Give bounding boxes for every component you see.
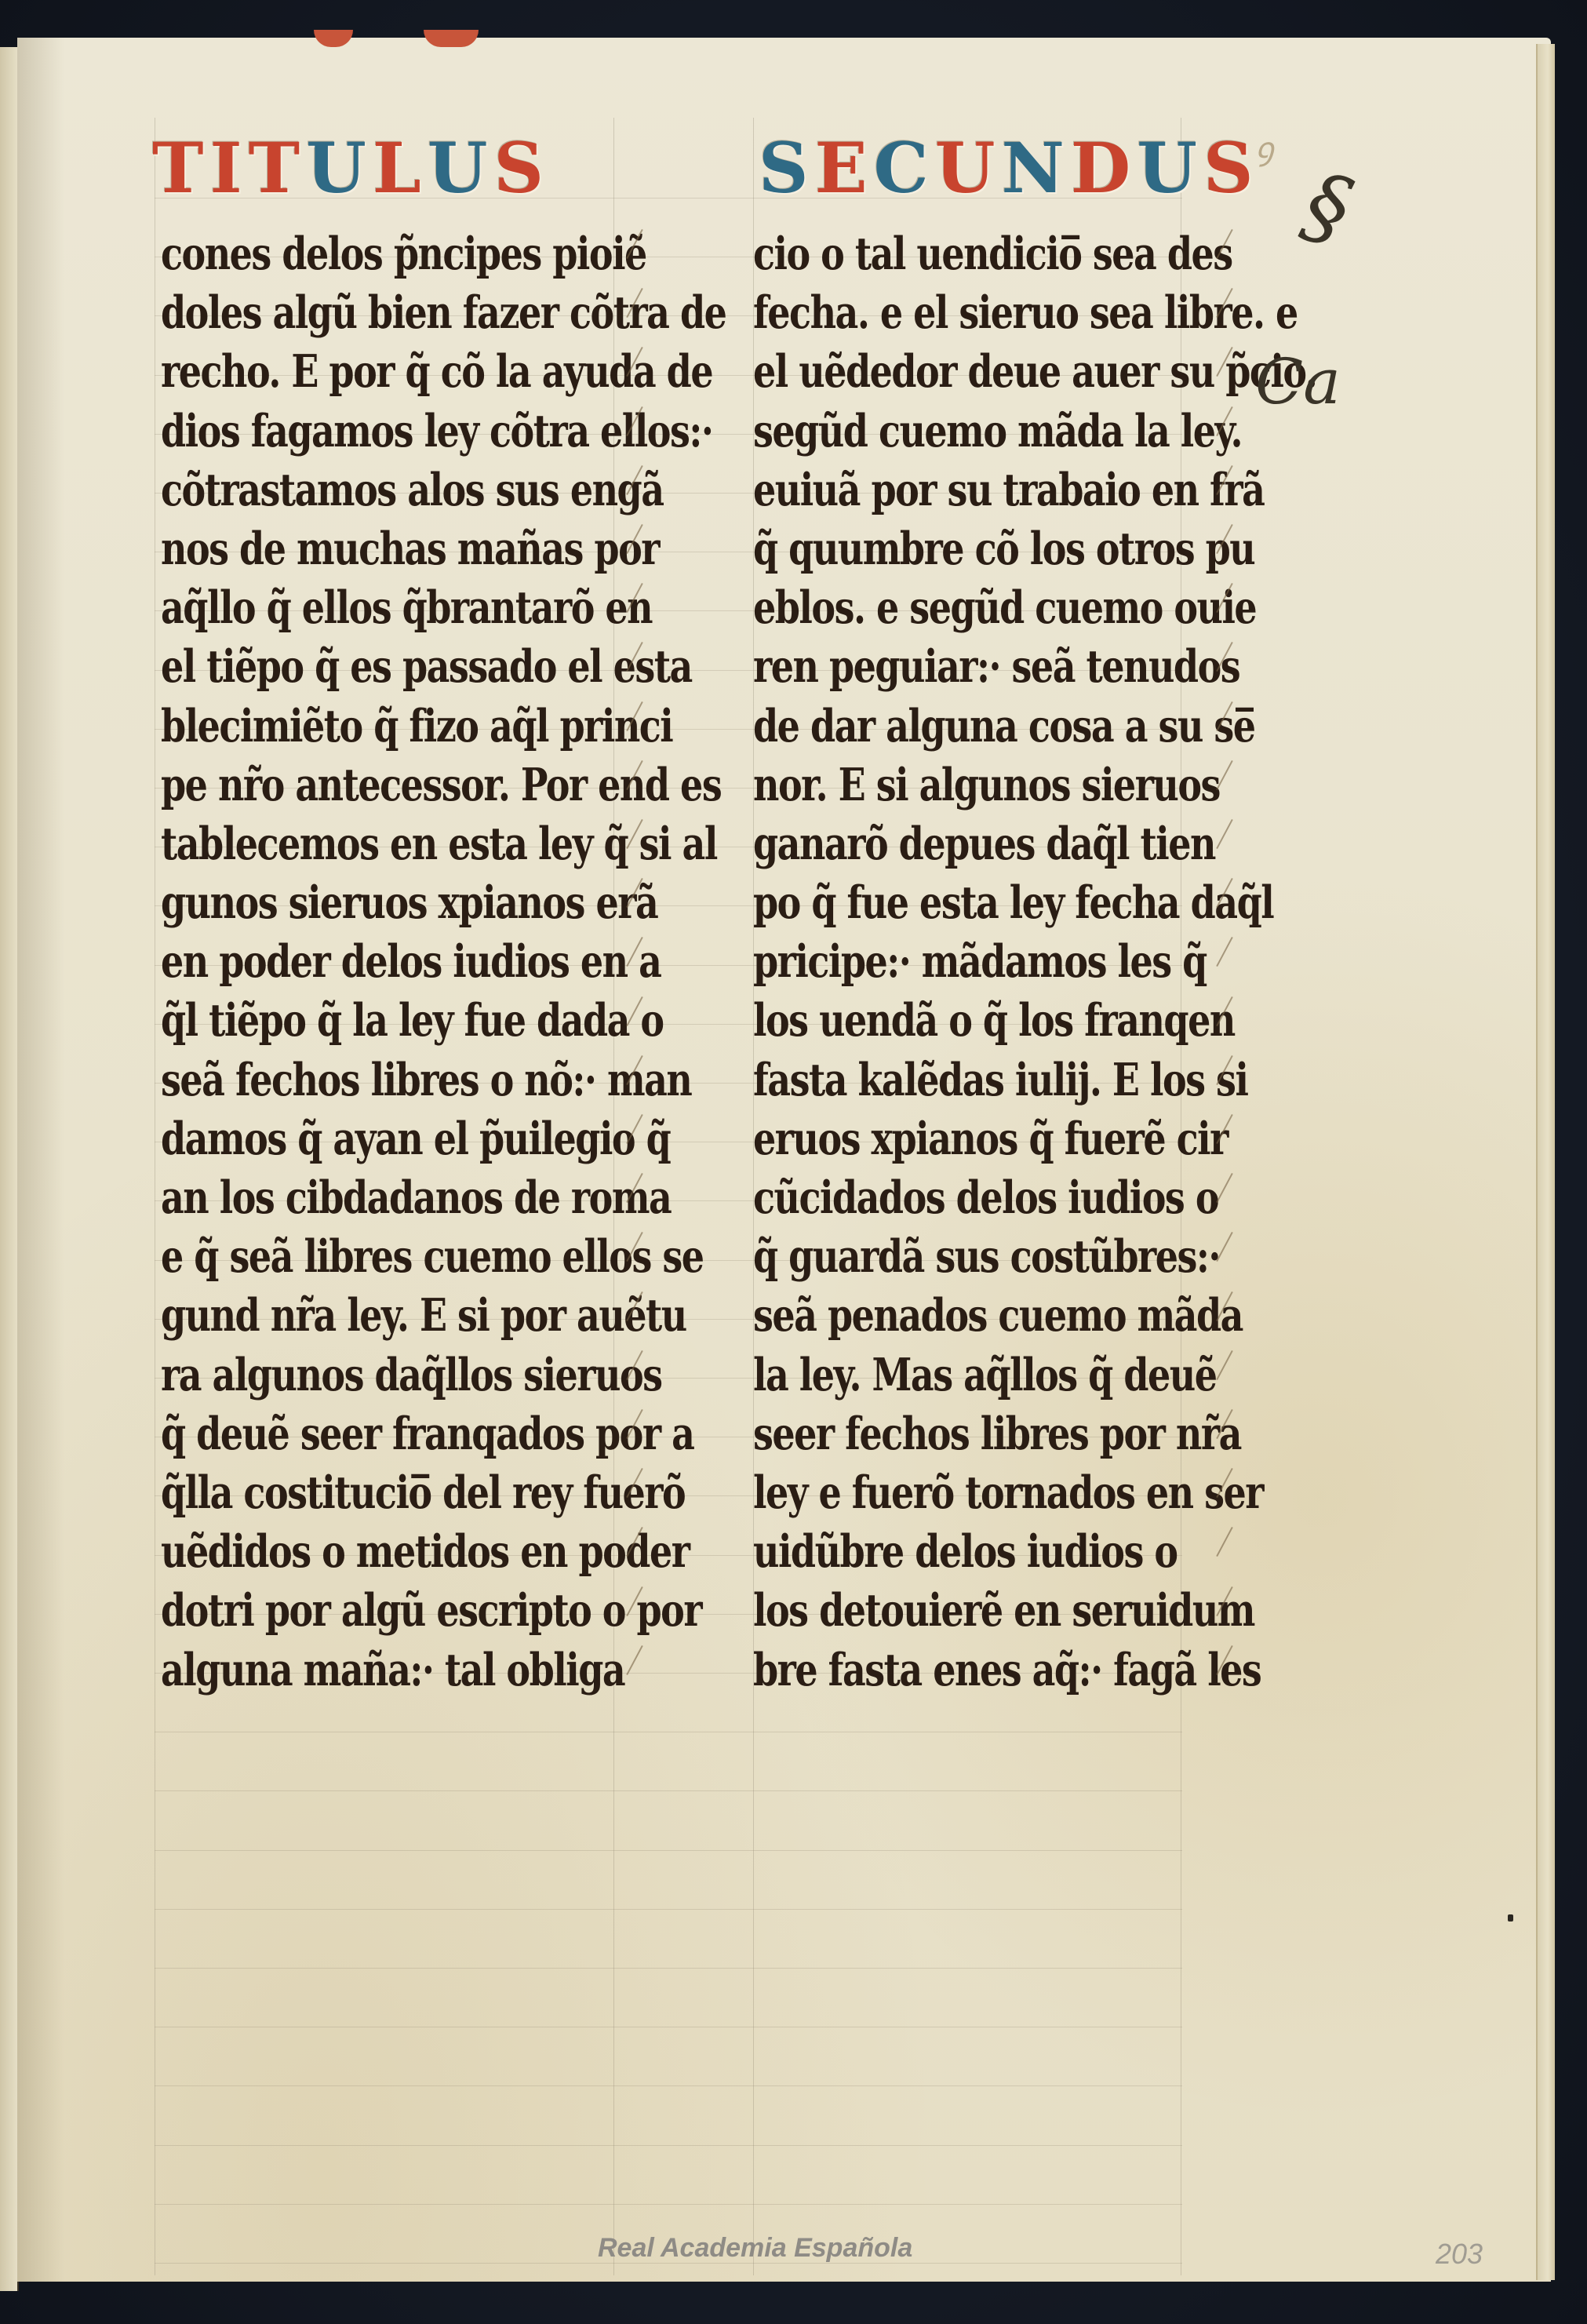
folio-number: 203 (1436, 2238, 1483, 2271)
rubric-letter: C (872, 127, 934, 209)
text-column-right: cio o tal uendicio̅ sea desfecha. e el s… (753, 224, 1239, 1699)
text-line: alguna maña:· tal obliga (161, 1633, 647, 1707)
ruling-line (155, 2027, 1182, 2027)
previous-page-edge (0, 47, 19, 2291)
margin-note: ꝯ (1255, 126, 1273, 169)
rubric-letter: T (247, 127, 304, 209)
heading-secundus: SECUNDUS (757, 132, 1258, 204)
ruling-line (155, 118, 155, 2275)
rubric-letter: D (1069, 127, 1135, 209)
ruling-line (155, 1850, 1182, 1851)
rubric-letter: U (1135, 127, 1202, 209)
rubric-letter: E (814, 127, 872, 209)
heading-titulus: TITULUS (151, 132, 548, 204)
rubric-letter: L (371, 127, 426, 209)
text-line: bre fasta enes aq̃:· fagã les (753, 1633, 1239, 1707)
rubric-letter: N (999, 127, 1068, 209)
ruling-line (155, 1790, 1182, 1791)
rubric-letter: U (304, 127, 371, 209)
ruling-line (155, 1968, 1182, 1969)
ruling-line (155, 2204, 1182, 2205)
rubric-letter: U (426, 127, 493, 209)
rubric-letter: T (151, 127, 208, 209)
ruling-line (155, 2145, 1182, 2146)
ruling-line (155, 1909, 1182, 1910)
rubric-letter: S (757, 127, 814, 209)
text-column-left: cones delos p̃ncipes pioiẽdoles algũ bie… (161, 224, 647, 1699)
rubric-letter: U (934, 127, 1000, 209)
watermark-caption: Real Academia Española (598, 2233, 912, 2264)
binding-hole (1508, 1914, 1513, 1921)
rubric-letter: S (1202, 127, 1258, 209)
red-tab-marker (424, 30, 479, 47)
gutter-shadow (17, 38, 64, 2282)
rubric-letter: I (208, 127, 246, 209)
page-stack-edge (1536, 44, 1555, 2280)
margin-signature: Ca (1255, 345, 1341, 418)
rubric-letter: S (493, 127, 549, 209)
ruling-line (155, 1732, 1182, 1732)
ruling-line (155, 2085, 1182, 2086)
